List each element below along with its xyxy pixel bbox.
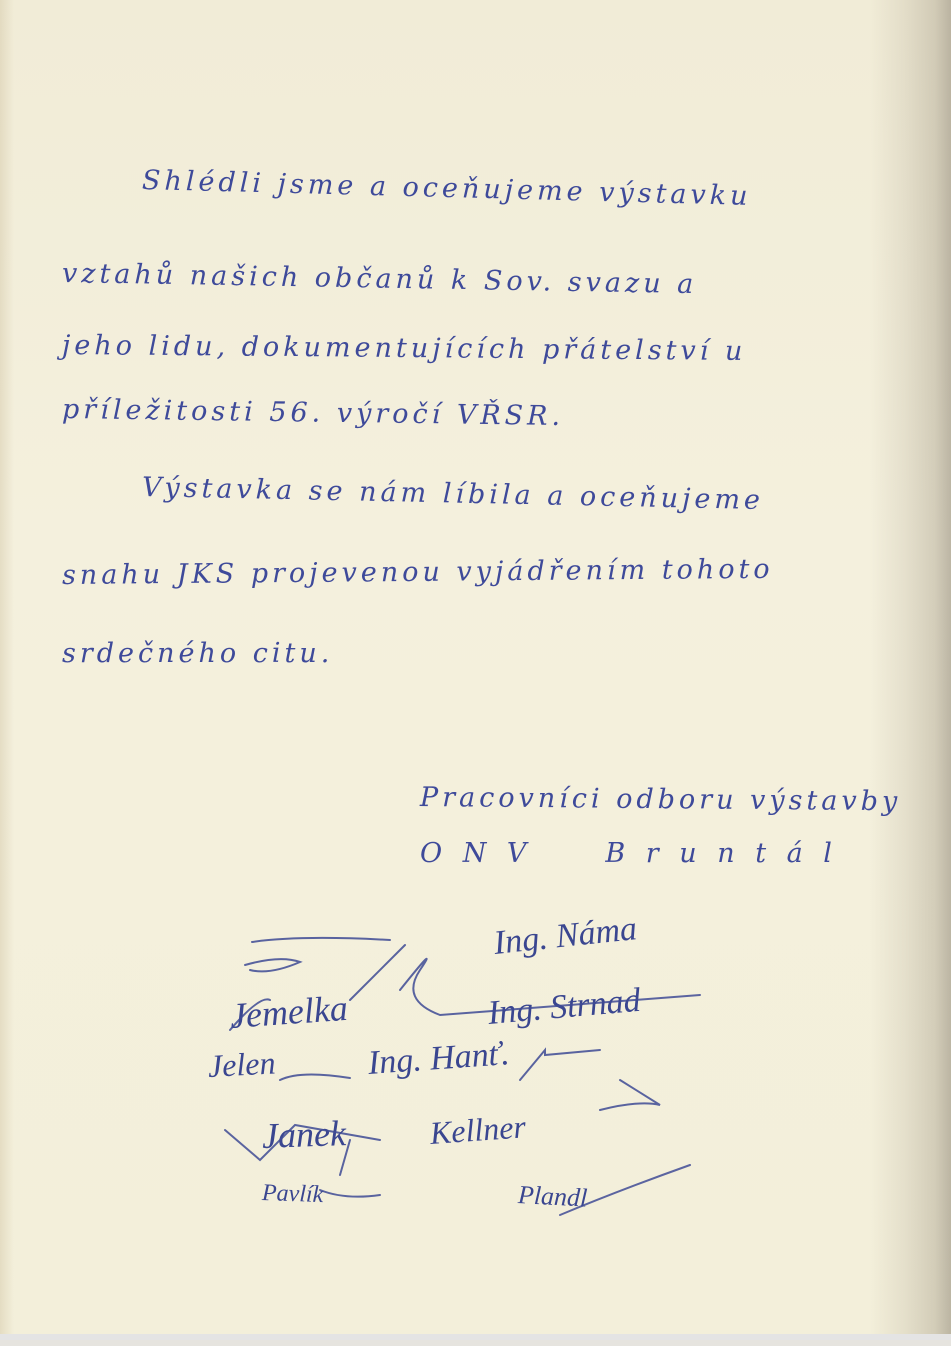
signature: Janek	[261, 1112, 346, 1157]
body-line-7: srdečného citu.	[62, 638, 333, 669]
closing-line-1: Pracovníci odboru výstavby	[420, 782, 901, 817]
body-line-3: jeho lidu, dokumentujících přátelství u	[62, 330, 747, 367]
signature: Ing. Náma	[492, 910, 639, 963]
signature: Plandl	[517, 1180, 588, 1214]
signature: Jelen	[207, 1044, 276, 1084]
page-edge-shadow	[0, 0, 14, 1340]
signature: Ing. Hanť.	[367, 1035, 511, 1083]
body-line-6: snahu JKS projevenou vyjádřením tohoto	[62, 554, 774, 591]
signature: Kellner	[429, 1108, 527, 1152]
body-line-4: příležitosti 56. výročí VŘSR.	[62, 394, 564, 432]
page-bottom-margin	[0, 1334, 951, 1340]
guestbook-page: Shlédli jsme a oceňujeme výstavku vztahů…	[0, 0, 951, 1340]
signature: Jemelka	[229, 987, 350, 1037]
body-line-5: Výstavka se nám líbila a oceňujeme	[142, 472, 765, 516]
body-line-1: Shlédli jsme a oceňujeme výstavku	[142, 165, 752, 212]
signature: Ing. Strnad	[486, 982, 642, 1033]
body-line-2: vztahů našich občanů k Sov. svazu a	[62, 258, 698, 300]
signature: Pavlík	[262, 1180, 324, 1209]
closing-line-2: O N V B r u n t á l	[420, 838, 838, 869]
